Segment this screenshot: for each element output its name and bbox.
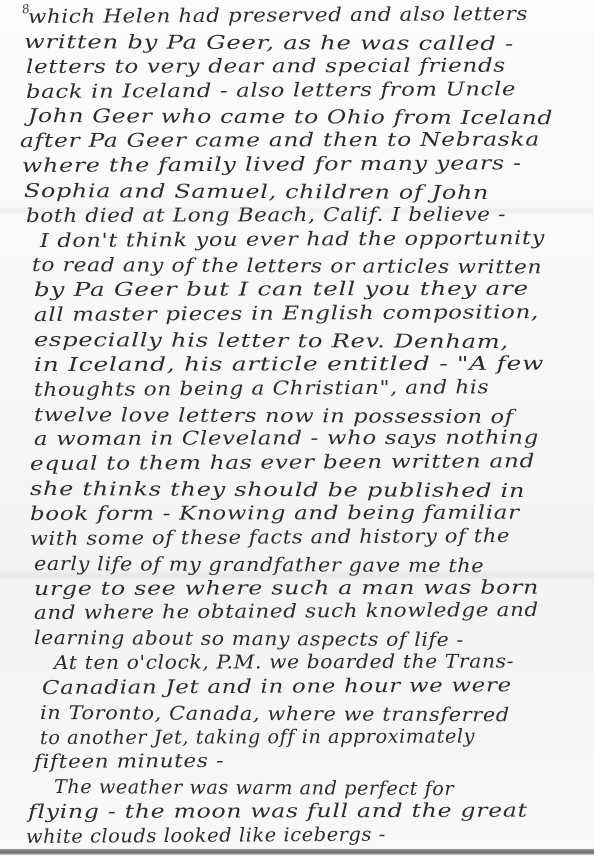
handwritten-line: in Toronto, Canada, where we transferred	[40, 702, 510, 726]
handwritten-line: a woman in Cleveland - who says nothing	[34, 427, 539, 450]
handwritten-line: she thinks they should be published in	[30, 478, 525, 502]
handwritten-line: urge to see where such a man was born	[34, 576, 539, 599]
handwritten-line: by Pa Geer but I can tell you they are	[34, 278, 529, 301]
handwritten-line: to read any of the letters or articles w…	[32, 254, 542, 278]
handwritten-line: which Helen had preserved and also lette…	[28, 3, 528, 28]
handwritten-line: thoughts on being a Christian", and his	[34, 376, 489, 401]
letter-page: 8 which Helen had preserved and also let…	[0, 0, 594, 851]
handwritten-line: especially his letter to Rev. Denham,	[34, 329, 509, 353]
handwritten-line: written by Pa Geer, as he was called -	[24, 31, 514, 55]
handwritten-line: back in Iceland - also letters from Uncl…	[26, 78, 516, 103]
handwritten-line: Sophia and Samuel, children of John	[24, 180, 489, 204]
handwritten-line: At ten o'clock, P.M. we boarded the Tran…	[54, 651, 514, 675]
handwritten-line: The weather was warm and perfect for	[54, 776, 454, 800]
handwritten-line: letters to very dear and special friends	[26, 54, 506, 77]
handwritten-line: in Iceland, his article entitled - "A fe…	[34, 353, 544, 376]
handwritten-line: twelve love letters now in possession of	[34, 404, 514, 428]
handwritten-line: book form - Knowing and being familiar	[30, 502, 520, 525]
handwritten-line: I don't think you ever had the opportuni…	[40, 227, 545, 252]
handwritten-line: after Pa Geer came and then to Nebraska	[20, 129, 540, 152]
handwritten-line: with some of these facts and history of …	[30, 525, 510, 550]
handwritten-line: Canadian Jet and in one hour we were	[42, 674, 512, 699]
handwritten-line: where the family lived for many years -	[22, 152, 522, 177]
handwritten-line: all master pieces in English composition…	[34, 301, 539, 326]
handwritten-line: white clouds looked like icebergs -	[26, 824, 386, 848]
handwritten-line: learning about so many aspects of life -	[34, 627, 464, 651]
handwritten-line: John Geer who came to Ohio from Iceland	[28, 105, 553, 129]
handwritten-line: to another Jet, taking off in approximat…	[40, 725, 475, 749]
handwritten-line: both died at Long Beach, Calif. I believ…	[26, 203, 506, 226]
handwritten-line: flying - the moon was full and the great	[28, 800, 528, 823]
handwritten-line: equal to them has ever been written and	[30, 450, 535, 475]
handwritten-line: early life of my grandfather gave me the	[34, 553, 484, 577]
page-bottom-edge	[0, 849, 594, 855]
handwritten-line: and where he obtained such knowledge and	[34, 599, 539, 624]
handwritten-line: fifteen minutes -	[34, 750, 224, 773]
